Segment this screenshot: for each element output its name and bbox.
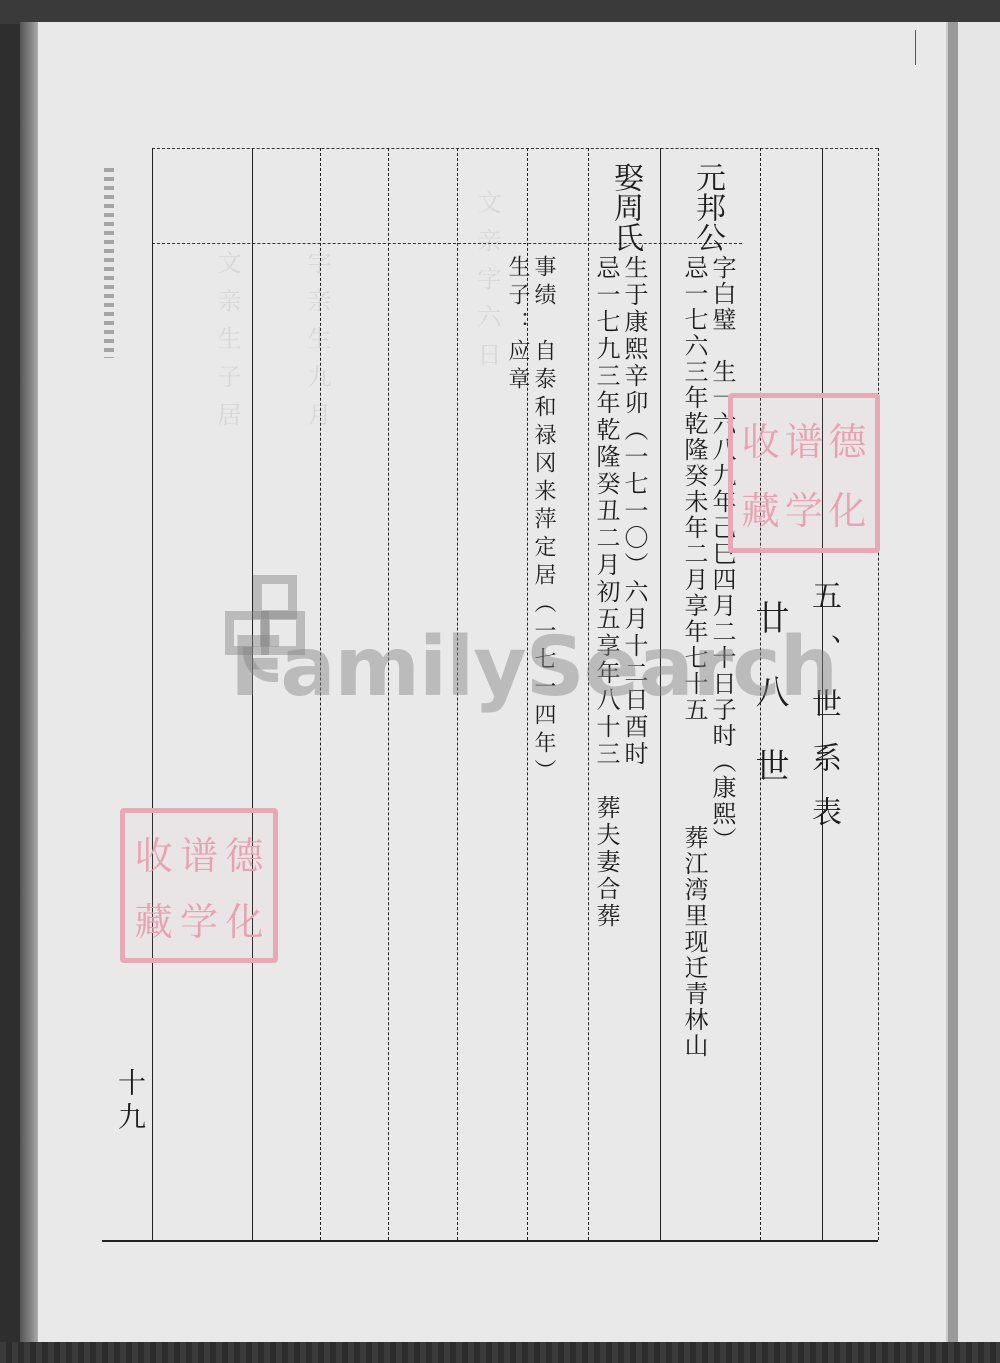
children-detail: 生子：应章 xyxy=(506,255,528,395)
collection-seal: 收谱德 藏学化 xyxy=(728,393,880,553)
header-row-rule xyxy=(152,243,742,244)
person-birth-detail: 字白璧 生一六八九年己巳四月二十日子时（康熙） xyxy=(710,255,734,853)
familysearch-watermark: FamilySearch xyxy=(230,620,837,715)
column-rule xyxy=(878,148,879,1240)
scan-top-border xyxy=(0,0,1000,24)
book-gutter xyxy=(948,22,958,1342)
page-number: 十九 xyxy=(116,1068,144,1136)
scan-bottom-border xyxy=(0,1342,1000,1363)
person-burial-detail: 葬江湾里现迁青林山 xyxy=(682,825,706,1059)
table-bottom-rule xyxy=(102,1240,878,1242)
table-top-rule xyxy=(152,148,878,149)
spouse-death-detail: 忌一七九三年乾隆癸丑二月初五享年八十三 葬夫妻合葬 xyxy=(594,255,618,930)
column-rule xyxy=(152,148,153,1240)
facing-page-edge xyxy=(958,22,1000,1342)
person-name-header: 元邦公 xyxy=(692,162,722,252)
page-mark xyxy=(915,30,916,65)
spouse-name-header: 娶周氏 xyxy=(610,162,640,252)
collection-seal: 收谱德 藏学化 xyxy=(120,808,278,963)
